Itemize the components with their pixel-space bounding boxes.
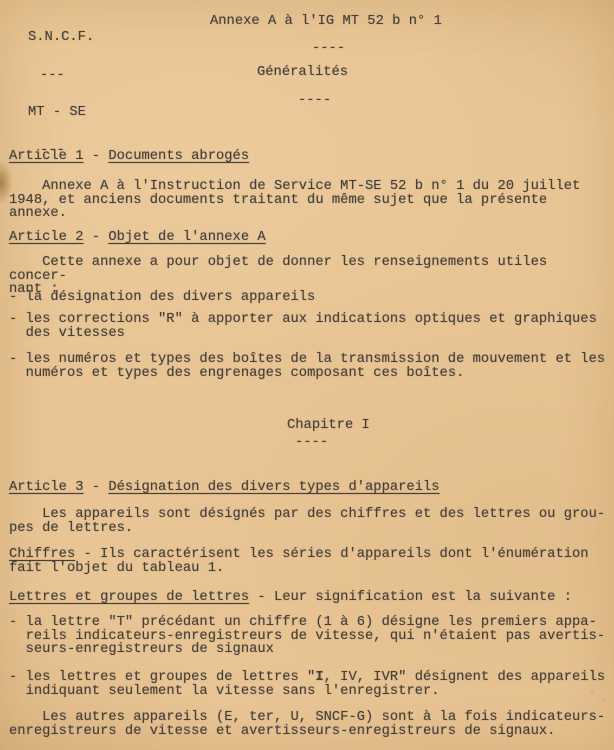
chapter-rule: ----: [295, 436, 614, 450]
article-3-intro: Les appareils sont désignés par des chif…: [9, 508, 607, 535]
article-3-bullet-iv: - les lettres et groupes de lettres "I, …: [9, 671, 607, 698]
article-2-bullet-1: - la désignation des divers appareils: [9, 291, 607, 305]
org-name: S.N.C.F.: [28, 32, 94, 45]
article-1-body: Annexe A à l'Instruction de Service MT-S…: [9, 180, 607, 221]
article-2-bullet-2: - les corrections "R" à apporter aux ind…: [9, 313, 607, 340]
heading-separator: -: [84, 480, 109, 495]
lettres-paragraph: Lettres et groupes de lettres - Leur sig…: [9, 591, 607, 605]
document-subtitle: Généralités: [257, 66, 614, 80]
document-title: Annexe A à l'IG MT 52 b n° 1: [210, 15, 614, 29]
subtitle-rule: ----: [298, 94, 614, 108]
article-2-title: Objet de l'annexe A: [108, 230, 265, 245]
lettres-text: - Leur signification est la suivante :: [249, 590, 572, 605]
article-3-number: Article 3: [9, 480, 84, 495]
title-rule: ----: [312, 42, 614, 56]
chapter-title: Chapitre I: [287, 419, 614, 433]
lettres-label: Lettres et groupes de lettres: [9, 590, 249, 605]
article-3-heading: Article 3 - Désignation des divers types…: [9, 481, 607, 495]
chiffres-paragraph: Chiffres - Ils caractérisent les séries …: [9, 548, 607, 575]
article-1-title: Documents abrogés: [108, 149, 249, 164]
article-3-title: Désignation des divers types d'appareils: [108, 480, 439, 495]
scanned-document-page: S.N.C.F. --- MT - SE --- Annexe A à l'IG…: [0, 0, 614, 750]
org-rule: ---: [28, 70, 94, 83]
article-3-closing: Les autres appareils (E, ter, U, SNCF-G)…: [9, 711, 607, 738]
chiffres-text: - Ils caractérisent les séries d'apparei…: [9, 547, 589, 576]
article-2-heading: Article 2 - Objet de l'annexe A: [9, 231, 607, 245]
article-2-bullet-3: - les numéros et types des boîtes de la …: [9, 353, 607, 380]
article-2-number: Article 2: [9, 230, 84, 245]
heading-separator: -: [84, 149, 109, 164]
article-3-bullet-t: - la lettre "T" précédant un chiffre (1 …: [9, 616, 607, 657]
article-1-number: Article 1: [9, 149, 84, 164]
heading-separator: -: [84, 230, 109, 245]
org-dept: MT - SE: [28, 107, 94, 120]
article-1-heading: Article 1 - Documents abrogés: [9, 150, 607, 164]
